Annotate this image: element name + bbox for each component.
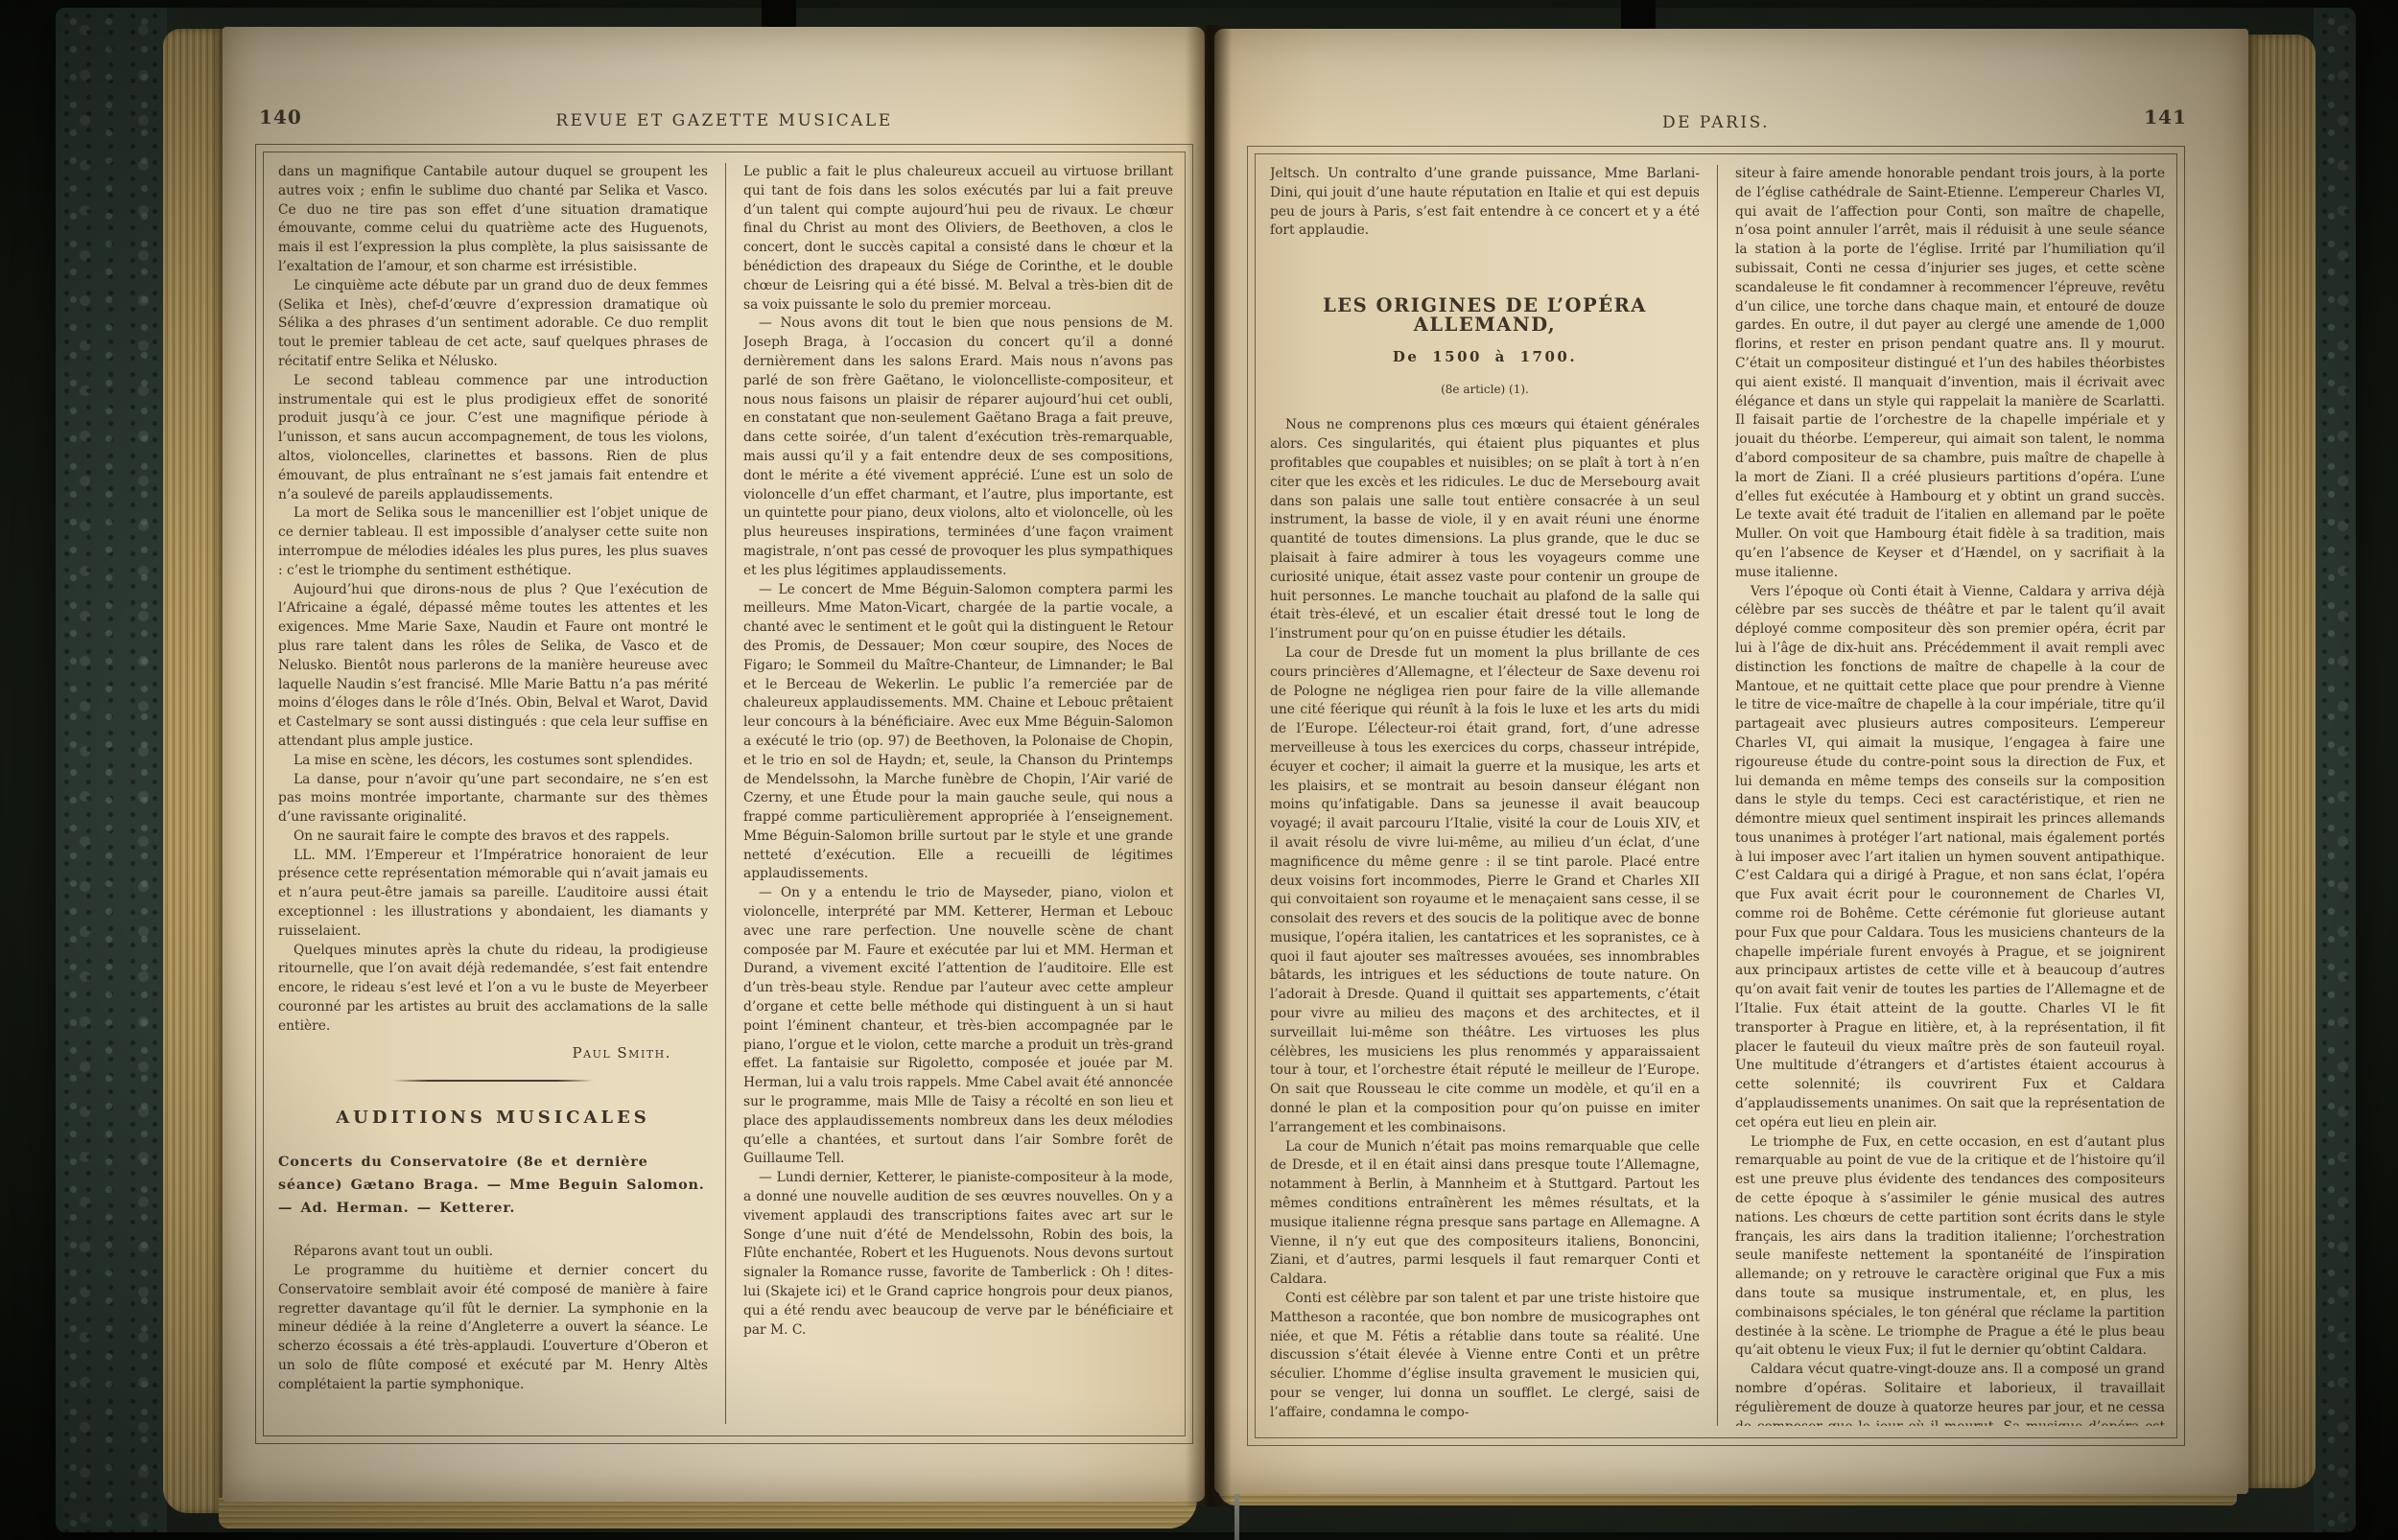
column-divider xyxy=(725,163,726,1424)
paragraph: Quelques minutes après la chute du ridea… xyxy=(278,942,708,1037)
paragraph: La mise en scène, les décors, les costum… xyxy=(278,752,708,771)
paragraph: Le public a fait le plus chaleureux accu… xyxy=(743,163,1173,315)
paragraph: — Nous avons dit tout le bien que nous p… xyxy=(743,315,1173,580)
concert-program-heading: Concerts du Conservatoire (8e et dernièr… xyxy=(278,1151,708,1220)
author-signature: Paul Smith. xyxy=(278,1044,708,1063)
running-title: DE PARIS. xyxy=(1247,113,2185,132)
paragraph: LL. MM. l’Empereur et l’Impératrice hono… xyxy=(278,847,708,942)
paragraph: Jeltsch. Un contralto d’une grande puiss… xyxy=(1270,165,1700,241)
paragraph: Le cinquième acte débute par un grand du… xyxy=(278,277,708,372)
article-series-note: (8e article) (1). xyxy=(1270,381,1700,400)
paragraph: Vers l’époque où Conti était à Vienne, C… xyxy=(1735,583,2165,1133)
column-divider xyxy=(1717,165,1718,1426)
paragraph: Le programme du huitième et dernier conc… xyxy=(278,1262,708,1395)
article-subtitle: De 1500 à 1700. xyxy=(1270,348,1700,367)
section-heading-auditions: AUDITIONS MUSICALES xyxy=(278,1108,708,1128)
left-page-column-1: dans un magnifique Cantabile autour duqu… xyxy=(278,163,708,1424)
paragraph: Conti est célèbre par son talent et par … xyxy=(1270,1290,1700,1423)
paragraph: Nous ne comprenons plus ces mœurs qui ét… xyxy=(1270,416,1700,644)
page-number: 141 xyxy=(2144,105,2187,128)
paragraph: Le second tableau commence par une intro… xyxy=(278,372,708,505)
cover-marbling-left xyxy=(56,8,167,1532)
running-title: REVUE ET GAZETTE MUSICALE xyxy=(255,111,1193,130)
page-edge-stack-bottom-left xyxy=(219,1498,1197,1528)
page-edge-stack-right xyxy=(2246,35,2316,1488)
text-columns: dans un magnifique Cantabile autour duqu… xyxy=(278,163,1174,1424)
right-page-column-2: siteur à faire amende honorable pendant … xyxy=(1735,165,2165,1426)
paragraph: siteur à faire amende honorable pendant … xyxy=(1735,165,2165,583)
right-page: DE PARIS. 141 Jeltsch. Un contralto d’un… xyxy=(1214,29,2248,1494)
paragraph: La danse, pour n’avoir qu’une part secon… xyxy=(278,771,708,828)
page-edge-stack-left xyxy=(163,29,224,1513)
paragraph: — Le concert de Mme Béguin-Salomon compt… xyxy=(743,581,1173,885)
paragraph: On ne saurait faire le compte des bravos… xyxy=(278,828,708,847)
left-page-column-2: Le public a fait le plus chaleureux accu… xyxy=(743,163,1173,1424)
left-page: 140 REVUE ET GAZETTE MUSICALE dans un ma… xyxy=(223,27,1205,1502)
paragraph: Réparons avant tout un oubli. xyxy=(278,1243,708,1262)
paragraph: Le triomphe de Fux, en cette occasion, e… xyxy=(1735,1133,2165,1362)
paragraph: La mort de Selika sous le mancenillier e… xyxy=(278,504,708,580)
right-page-column-1: Jeltsch. Un contralto d’une grande puiss… xyxy=(1270,165,1700,1426)
paragraph: Aujourd’hui que dirons-nous de plus ? Qu… xyxy=(278,581,708,752)
paragraph: — Lundi dernier, Ketterer, le pianiste-c… xyxy=(743,1169,1173,1340)
paragraph: dans un magnifique Cantabile autour duqu… xyxy=(278,163,708,277)
article-title: LES ORIGINES DE L’OPÉRA ALLEMAND, xyxy=(1270,296,1700,335)
paragraph: Caldara vécut quatre-vingt-douze ans. Il… xyxy=(1735,1361,2165,1426)
paragraph: La cour de Munich n’était pas moins rema… xyxy=(1270,1138,1700,1290)
paragraph: La cour de Dresde fut un moment la plus … xyxy=(1270,644,1700,1138)
section-divider xyxy=(392,1080,594,1082)
text-columns: Jeltsch. Un contralto d’une grande puiss… xyxy=(1270,165,2166,1426)
paragraph: — On y a entendu le trio de Mayseder, pi… xyxy=(743,884,1173,1169)
cover-marbling-right xyxy=(2314,8,2356,1532)
